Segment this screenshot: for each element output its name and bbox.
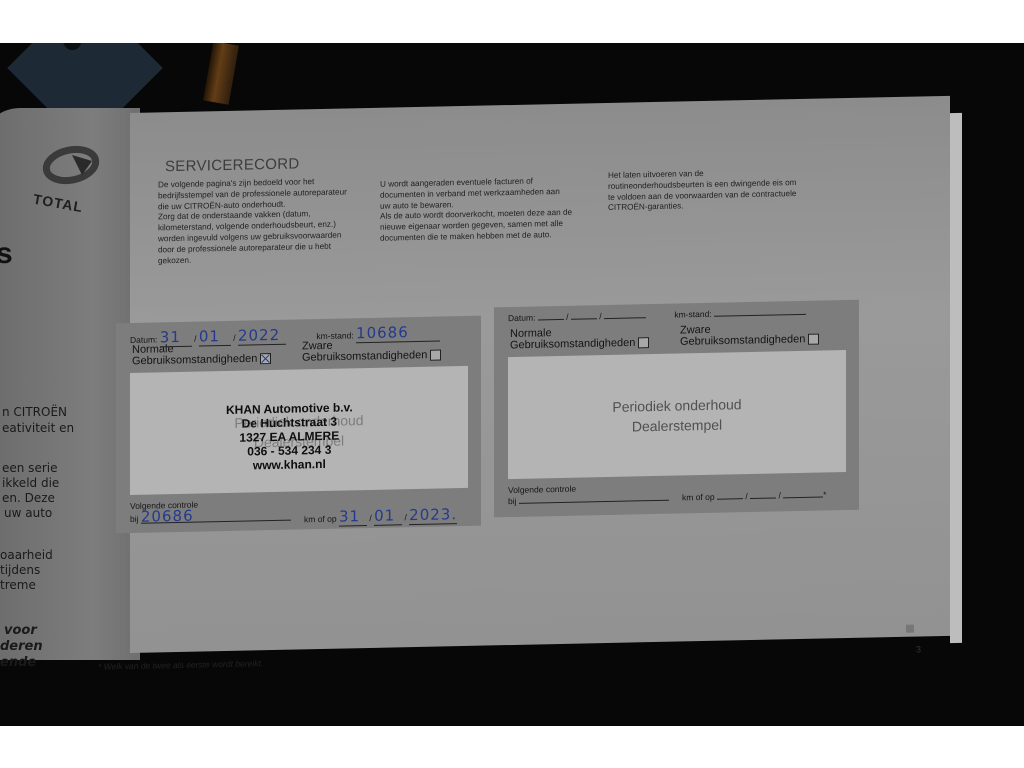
km-field[interactable] — [714, 314, 806, 317]
date-month-field[interactable] — [571, 318, 597, 320]
service-record-card-2: Datum: / / km-stand: Normale Gebruiksoms… — [494, 300, 859, 518]
date-row: Datum: / / km-stand: — [508, 307, 806, 323]
next-km-field[interactable] — [519, 500, 669, 504]
intro-text-2: U wordt aangeraden eventuele facturen of… — [380, 176, 572, 245]
dealer-stamp-area: Periodiek onderhoud Dealerstempel KHAN A… — [130, 366, 468, 495]
next-year-field[interactable]: 2023. — [409, 505, 457, 525]
next-km-field[interactable]: 20686 — [141, 509, 291, 524]
page-marker — [906, 625, 914, 633]
left-page-heading: s — [0, 237, 13, 271]
right-page: SERVICERECORD De volgende pagina's zijn … — [130, 96, 950, 653]
intro-text-1: De volgende pagina's zijn bedoeld voor h… — [158, 176, 347, 266]
date-year-field[interactable] — [604, 317, 646, 319]
intro-text-3: Het laten uitvoeren van de routineonderh… — [608, 167, 796, 214]
heavy-conditions: Zware Gebruiksomstandigheden — [680, 323, 819, 348]
heavy-conditions-checkbox[interactable] — [430, 349, 441, 360]
dealer-stamp-area: Periodiek onderhoud Dealerstempel — [508, 350, 846, 479]
normal-conditions: Normale Gebruiksomstandigheden — [132, 342, 271, 367]
total-logo-icon — [42, 145, 100, 185]
next-service: Volgende controle bij — [508, 482, 669, 507]
next-service: Volgende controle bij 20686 — [130, 498, 291, 525]
next-day-field[interactable] — [717, 498, 743, 500]
normal-conditions-checkbox[interactable] — [638, 337, 649, 348]
normal-conditions: Normale Gebruiksomstandigheden — [510, 326, 649, 351]
next-date-row: km of op 31 / 01 / 2023. — [304, 505, 457, 527]
next-year-field[interactable] — [783, 496, 823, 498]
page-number: 3 — [916, 644, 921, 654]
service-record-card-1: Datum: 31 / 01 / 2022 km-stand: 10686 No… — [116, 316, 481, 534]
page-stack-edge — [950, 113, 962, 643]
heavy-conditions-checkbox[interactable] — [808, 334, 819, 345]
footnote: * Welk van de twee als eerste wordt bere… — [98, 658, 263, 671]
next-day-field[interactable]: 31 — [339, 507, 367, 527]
next-month-field[interactable]: 01 — [374, 506, 402, 526]
next-date-row: km of op / / * — [682, 489, 826, 502]
dealer-stamp: KHAN Automotive b.v. De Huchtstraat 3 13… — [226, 400, 353, 473]
heavy-conditions: Zware Gebruiksomstandigheden — [302, 338, 441, 363]
photo-background: TOTAL s n CITROËN eativiteit en een seri… — [0, 43, 1024, 726]
next-month-field[interactable] — [750, 497, 776, 499]
date-day-field[interactable] — [538, 319, 564, 321]
page-title: SERVICERECORD — [165, 155, 299, 175]
pen-object — [203, 43, 239, 105]
normal-conditions-checkbox[interactable] — [260, 353, 271, 364]
